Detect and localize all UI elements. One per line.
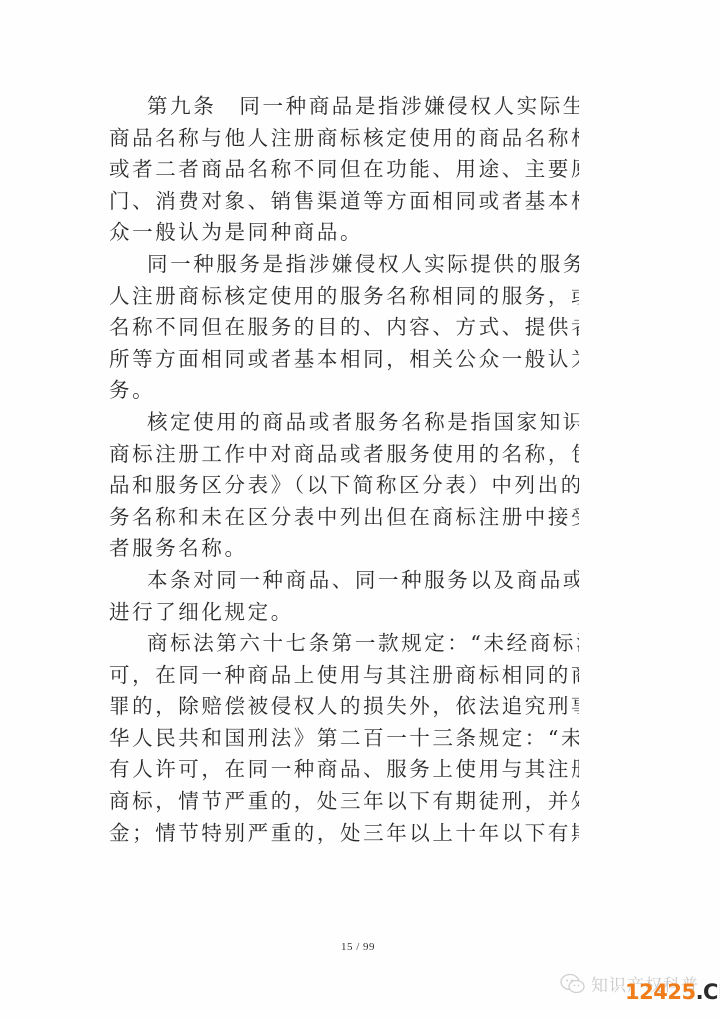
paragraph-same-service: 同一种服务是指涉嫌侵权人实际提供的服务名称与他 人注册商标核定使用的服务名称相同… bbox=[109, 249, 579, 407]
text-line: 金；情节特别严重的，处三年以上十年以下有期徒刑，并处 bbox=[109, 818, 579, 850]
text-line: 本条对同一种商品、同一种服务以及商品或者服务名称 bbox=[109, 565, 579, 597]
text-line: 者服务名称。 bbox=[109, 533, 579, 565]
text-line: 商标，情节严重的，处三年以下有期徒刑，并处或者单处罚 bbox=[109, 786, 579, 818]
watermark-site-number: 12425 bbox=[625, 980, 696, 1004]
body-text: 第九条 同一种商品是指涉嫌侵权人实际生产销售的 商品名称与他人注册商标核定使用的… bbox=[109, 91, 579, 849]
watermark-site: 12425.CN bbox=[625, 980, 720, 1004]
text-line: 罪的，除赔偿被侵权人的损失外，依法追究刑事责任。”《中 bbox=[109, 691, 579, 723]
text-line: 商标法第六十七条第一款规定：“未经商标注册人的许 bbox=[109, 628, 579, 660]
text-line: 或者二者商品名称不同但在功能、用途、主要原料、生产部 bbox=[109, 154, 579, 186]
paragraph-legal-basis: 商标法第六十七条第一款规定：“未经商标注册人的许 可，在同一种商品上使用与其注册… bbox=[109, 628, 579, 849]
text-line: 华人民共和国刑法》第二百一十三条规定：“未经注册商标所 bbox=[109, 723, 579, 755]
text-line: 进行了细化规定。 bbox=[109, 597, 579, 629]
page-number: 15 / 99 bbox=[341, 941, 375, 953]
text-line: 有人许可，在同一种商品、服务上使用与其注册商标相同的 bbox=[109, 754, 579, 786]
watermark: 知识产权科普 12425.CN bbox=[555, 970, 715, 1010]
text-line: 商标注册工作中对商品或者服务使用的名称，包括《类似商 bbox=[109, 439, 579, 471]
text-line: 务。 bbox=[109, 375, 579, 407]
text-line: 众一般认为是同种商品。 bbox=[109, 217, 579, 249]
text-line: 名称不同但在服务的目的、内容、方式、提供者、对象、场 bbox=[109, 312, 579, 344]
text-line: 商品名称与他人注册商标核定使用的商品名称相同的商品， bbox=[109, 123, 579, 155]
text-line: 可，在同一种商品上使用与其注册商标相同的商标，构成犯 bbox=[109, 660, 579, 692]
text-line: 同一种服务是指涉嫌侵权人实际提供的服务名称与他 bbox=[109, 249, 579, 281]
text-line: 务名称和未在区分表中列出但在商标注册中接受的商品或 bbox=[109, 502, 579, 534]
watermark-site-tld: .CN bbox=[696, 980, 720, 1004]
paragraph-article-9: 第九条 同一种商品是指涉嫌侵权人实际生产销售的 商品名称与他人注册商标核定使用的… bbox=[109, 91, 579, 249]
text-line: 第九条 同一种商品是指涉嫌侵权人实际生产销售的 bbox=[109, 91, 579, 123]
text-line: 品和服务区分表》（以下简称区分表）中列出的商品或者服 bbox=[109, 470, 579, 502]
document-page: 第九条 同一种商品是指涉嫌侵权人实际生产销售的 商品名称与他人注册商标核定使用的… bbox=[0, 0, 720, 1018]
paragraph-summary: 本条对同一种商品、同一种服务以及商品或者服务名称 进行了细化规定。 bbox=[109, 565, 579, 628]
paragraph-approved-names: 核定使用的商品或者服务名称是指国家知识产权局在 商标注册工作中对商品或者服务使用… bbox=[109, 407, 579, 565]
text-line: 核定使用的商品或者服务名称是指国家知识产权局在 bbox=[109, 407, 579, 439]
text-line: 所等方面相同或者基本相同，相关公众一般认为是同种服 bbox=[109, 344, 579, 376]
wechat-icon bbox=[560, 973, 586, 995]
text-line: 门、消费对象、销售渠道等方面相同或者基本相同，相关公 bbox=[109, 186, 579, 218]
text-line: 人注册商标核定使用的服务名称相同的服务，或者二者服务 bbox=[109, 281, 579, 313]
